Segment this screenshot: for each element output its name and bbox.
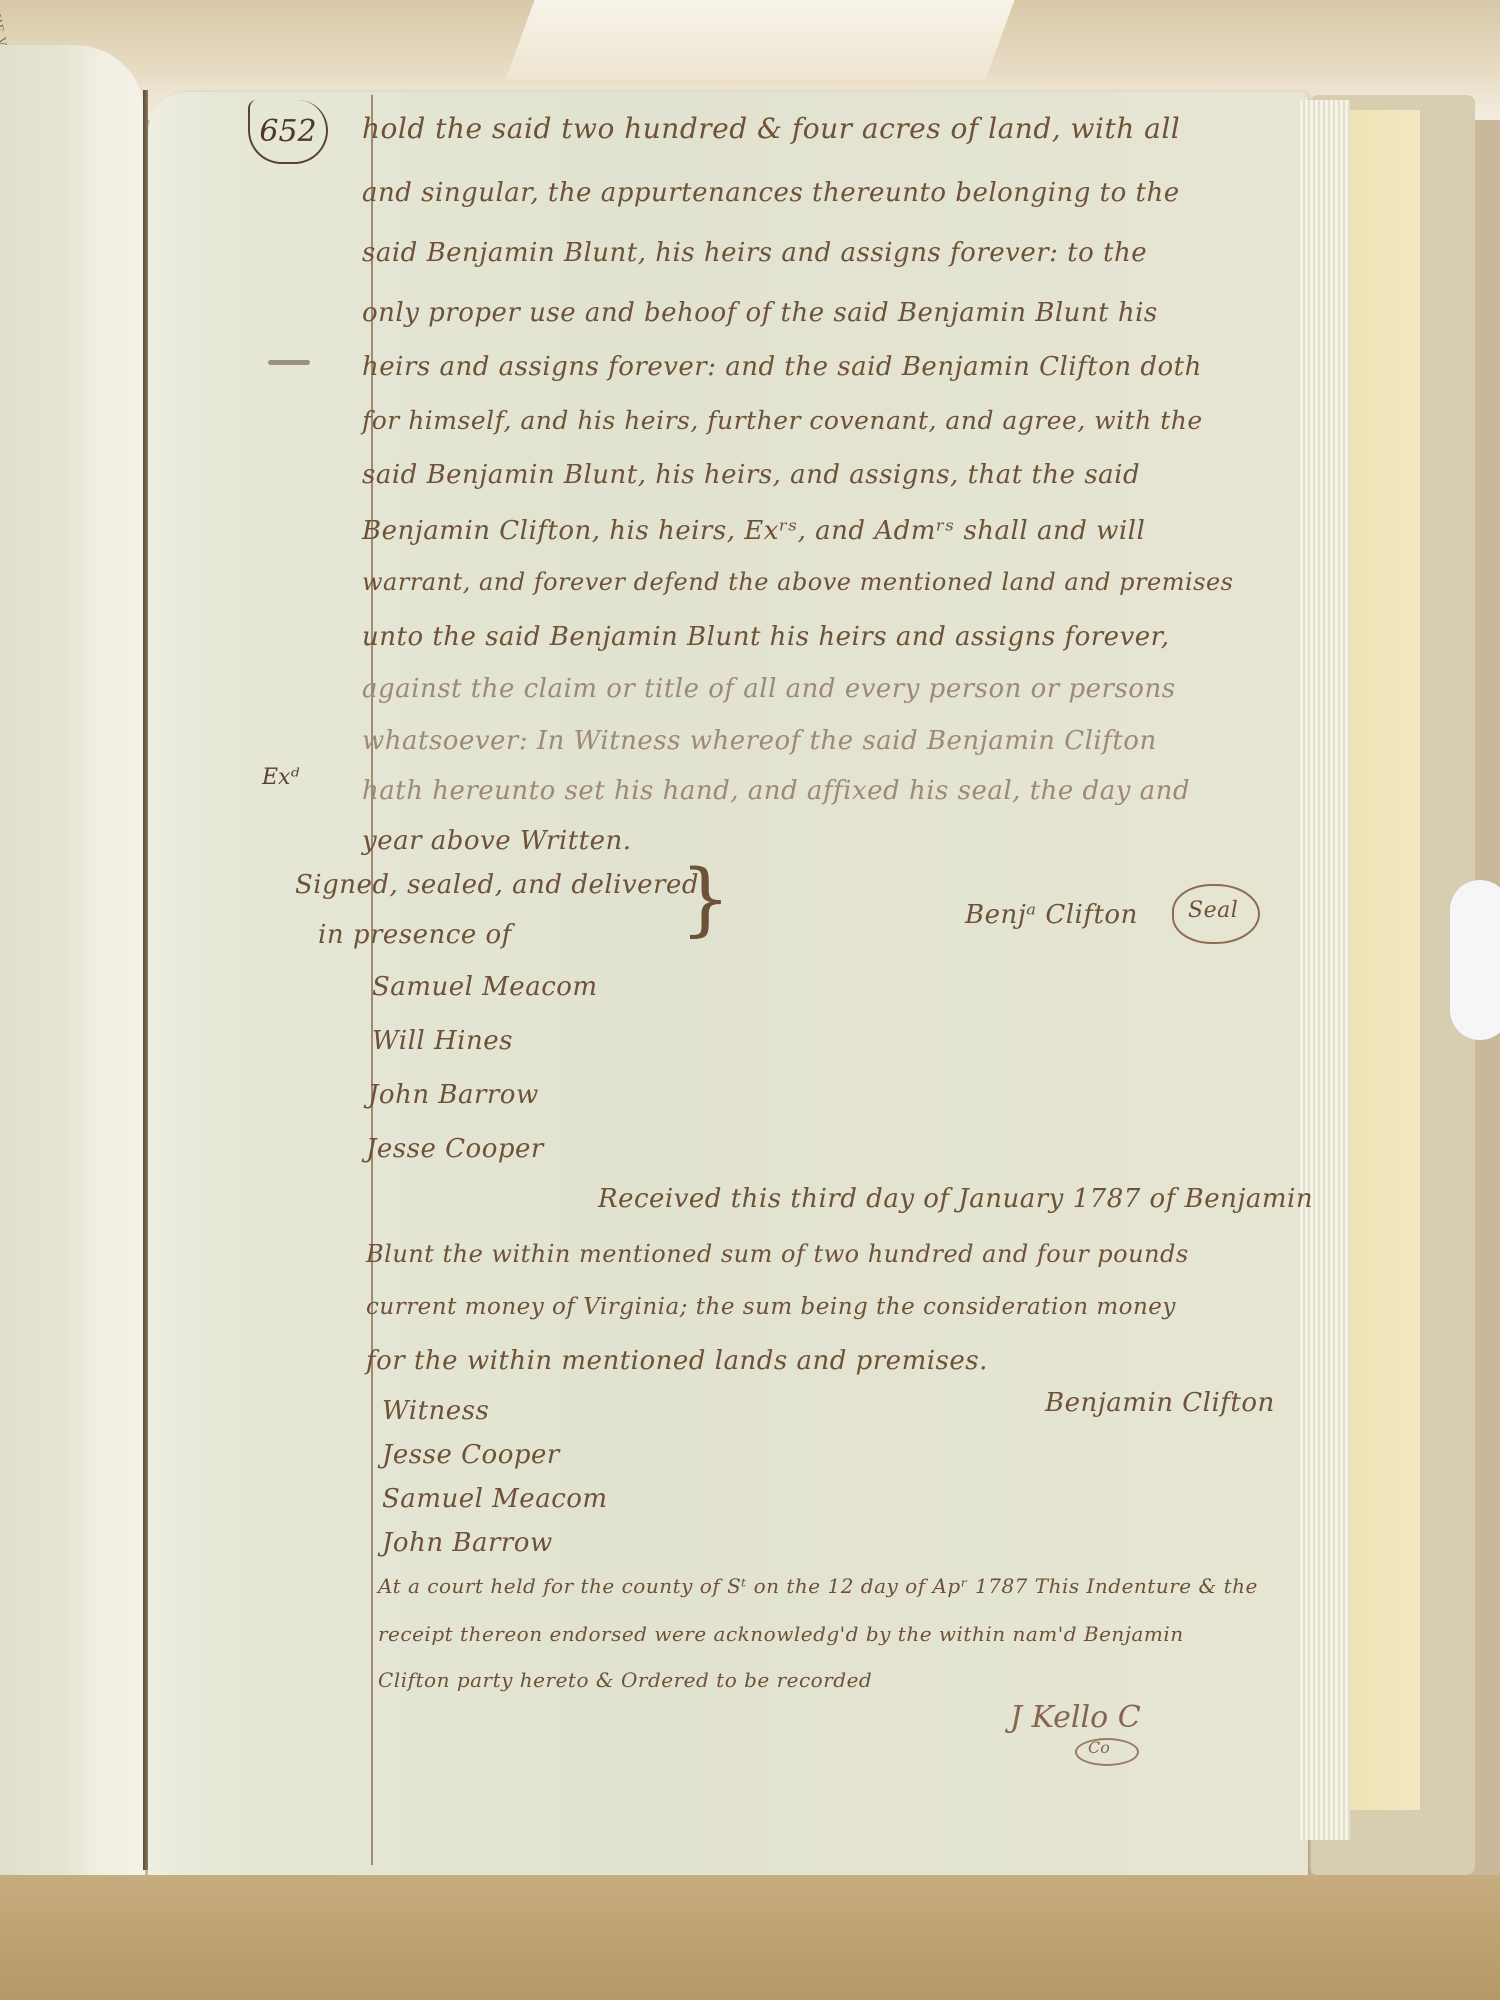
folded-insert [1340, 110, 1420, 1810]
deed-line: for himself, and his heirs, further cove… [362, 406, 1203, 435]
deed-line: hold the said two hundred & four acres o… [362, 112, 1180, 145]
deed-line: only proper use and behoof of the said B… [362, 298, 1158, 328]
grantor-signature: Benjᵃ Clifton [965, 900, 1138, 930]
receipt-witness-name: Samuel Meacom [382, 1484, 608, 1514]
clerk-signature: J Kello C [1010, 1700, 1141, 1735]
deed-line: heirs and assigns forever: and the said … [362, 352, 1202, 382]
light-glare [505, 0, 1014, 80]
facing-left-page [0, 45, 145, 1875]
deed-line: against the claim or title of all and ev… [362, 674, 1176, 704]
deed-line: said Benjamin Blunt, his heirs and assig… [362, 238, 1147, 268]
attestation-line: in presence of [318, 920, 512, 950]
court-line: At a court held for the county of Sᵗ on … [378, 1574, 1258, 1598]
page-number: 652 [248, 100, 328, 164]
attestation-line: Signed, sealed, and delivered [295, 870, 699, 900]
receipt-witness-name: John Barrow [382, 1528, 553, 1558]
witness-name: Will Hines [372, 1026, 513, 1056]
receipt-witness-name: Jesse Cooper [382, 1440, 560, 1470]
witness-name: Samuel Meacom [372, 972, 598, 1002]
witness-name: John Barrow [368, 1080, 539, 1110]
receipt-line: Received this third day of January 1787 … [598, 1184, 1313, 1214]
deed-line: unto the said Benjamin Blunt his heirs a… [362, 622, 1169, 652]
background-object [1450, 880, 1500, 1040]
deed-line: year above Written. [362, 826, 632, 856]
deed-line: said Benjamin Blunt, his heirs, and assi… [362, 460, 1140, 490]
receipt-signature: Benjamin Clifton [1045, 1388, 1275, 1418]
brace-mark: } [680, 852, 731, 945]
receipt-line: current money of Virginia; the sum being… [366, 1294, 1176, 1320]
margin-note-examined: Exᵈ [262, 765, 299, 790]
deed-line: and singular, the appurtenances thereunt… [362, 178, 1180, 208]
receipt-line: Blunt the within mentioned sum of two hu… [366, 1240, 1189, 1268]
receipt-line: for the within mentioned lands and premi… [366, 1346, 988, 1376]
margin-mark [268, 360, 310, 365]
deed-line: hath hereunto set his hand, and affixed … [362, 776, 1190, 806]
deed-line: Benjamin Clifton, his heirs, Exʳˢ, and A… [362, 516, 1145, 546]
deed-line: whatsoever: In Witness whereof the said … [362, 726, 1157, 756]
receipt-witness-label: Witness [382, 1396, 489, 1426]
court-line: receipt thereon endorsed were acknowledg… [378, 1622, 1184, 1646]
deed-line: warrant, and forever defend the above me… [362, 568, 1233, 596]
page-edges [1300, 100, 1350, 1840]
clerk-suffix: Co [1088, 1738, 1110, 1757]
seal-label: Seal [1188, 898, 1238, 923]
witness-name: Jesse Cooper [366, 1134, 544, 1164]
court-line: Clifton party hereto & Ordered to be rec… [378, 1668, 872, 1692]
table-surface [0, 1875, 1500, 2000]
